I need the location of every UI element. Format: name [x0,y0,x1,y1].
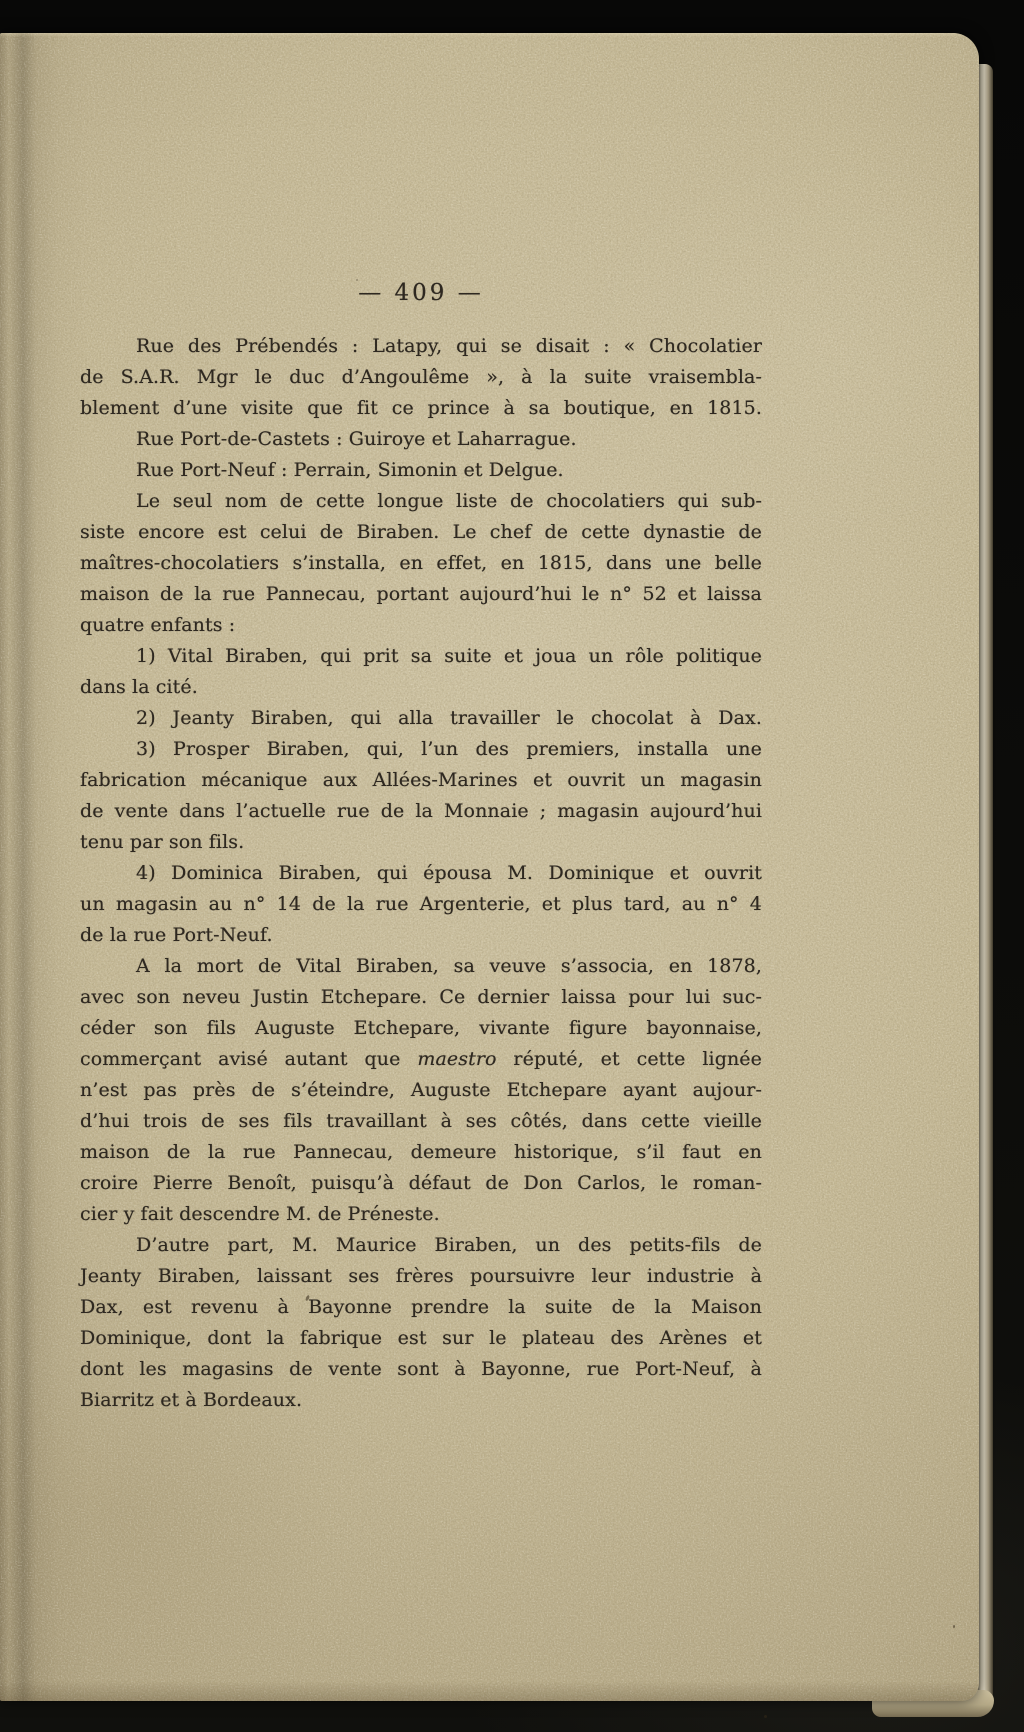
text-line: Rue Port-de-Castets : Guiroye et Laharra… [80,424,762,455]
book-page: — 409 — Rue des Prébendés : Latapy, qui … [0,33,979,1701]
page-paragraphs: Rue des Prébendés : Latapy, qui se disai… [80,331,762,1416]
paper-speck [953,1625,955,1628]
text-line: 1) Vital Biraben, qui prit sa suite et j… [80,641,762,672]
paragraph: Rue Port-Neuf : Perrain, Simonin et Delg… [80,455,762,486]
text-line: Dominique, dont la fabrique est sur le p… [80,1323,762,1354]
text-line: de vente dans l’actuelle rue de la Monna… [80,796,762,827]
paragraph: 4) Dominica Biraben, qui épousa M. Domin… [80,858,762,951]
text-line: cier y fait descendre M. de Préneste. [80,1199,762,1230]
text-line: Biarritz et à Bordeaux. [80,1385,762,1416]
paragraph: A la mort de Vital Biraben, sa veuve s’a… [80,951,762,1230]
book-scan: — 409 — Rue des Prébendés : Latapy, qui … [0,0,1024,1732]
text-line: de S.A.R. Mgr le duc d’Angoulême », à la… [80,362,762,393]
text-line: croire Pierre Benoît, puisqu’à défaut de… [80,1168,762,1199]
text-line: D’autre part, M. Maurice Biraben, un des… [80,1230,762,1261]
text-line: un magasin au n° 14 de la rue Argenterie… [80,889,762,920]
paragraph: 3) Prosper Biraben, qui, l’un des premie… [80,734,762,858]
paragraph: Rue Port-de-Castets : Guiroye et Laharra… [80,424,762,455]
text-line: fabrication mécanique aux Allées-Marines… [80,765,762,796]
text-line: avec son neveu Justin Etchepare. Ce dern… [80,982,762,1013]
text-line: commerçant avisé autant que maestro répu… [80,1044,762,1075]
text-line: Dax, est revenu à Bayonne prendre la sui… [80,1292,762,1323]
text-segment: maestro [417,1048,496,1070]
text-line: 2) Jeanty Biraben, qui alla travailler l… [80,703,762,734]
text-line: d’hui trois de ses fils travaillant à se… [80,1106,762,1137]
text-line: de la rue Port-Neuf. [80,920,762,951]
text-line: A la mort de Vital Biraben, sa veuve s’a… [80,951,762,982]
text-line: tenu par son fils. [80,827,762,858]
text-line: Jeanty Biraben, laissant ses frères pour… [80,1261,762,1292]
paragraph: 1) Vital Biraben, qui prit sa suite et j… [80,641,762,703]
text-block: — 409 — Rue des Prébendés : Latapy, qui … [80,278,762,1416]
text-line: Rue des Prébendés : Latapy, qui se disai… [80,331,762,362]
text-line: maison de la rue Pannecau, portant aujou… [80,579,762,610]
paragraph: D’autre part, M. Maurice Biraben, un des… [80,1230,762,1416]
text-line: 4) Dominica Biraben, qui épousa M. Domin… [80,858,762,889]
text-line: siste encore est celui de Biraben. Le ch… [80,517,762,548]
paragraph: Rue des Prébendés : Latapy, qui se disai… [80,331,762,424]
paper-speck [764,1715,767,1718]
paragraph: 2) Jeanty Biraben, qui alla travailler l… [80,703,762,734]
text-line: n’est pas près de s’éteindre, Auguste Et… [80,1075,762,1106]
text-line: 3) Prosper Biraben, qui, l’un des premie… [80,734,762,765]
text-line: blement d’une visite que fit ce prince à… [80,393,762,424]
text-segment: commerçant avisé autant que [80,1048,417,1070]
text-segment: réputé, et cette lignée [497,1048,762,1070]
text-line: Rue Port-Neuf : Perrain, Simonin et Delg… [80,455,762,486]
text-line: quatre enfants : [80,610,762,641]
text-line: maîtres-chocolatiers s’installa, en effe… [80,548,762,579]
paragraph: Le seul nom de cette longue liste de cho… [80,486,762,641]
text-line: dans la cité. [80,672,762,703]
page-stack-edge [977,64,993,1704]
text-line: Le seul nom de cette longue liste de cho… [80,486,762,517]
text-line: maison de la rue Pannecau, demeure histo… [80,1137,762,1168]
page-number: — 409 — [80,278,762,309]
text-line: céder son fils Auguste Etchepare, vivant… [80,1013,762,1044]
text-line: dont les magasins de vente sont à Bayonn… [80,1354,762,1385]
